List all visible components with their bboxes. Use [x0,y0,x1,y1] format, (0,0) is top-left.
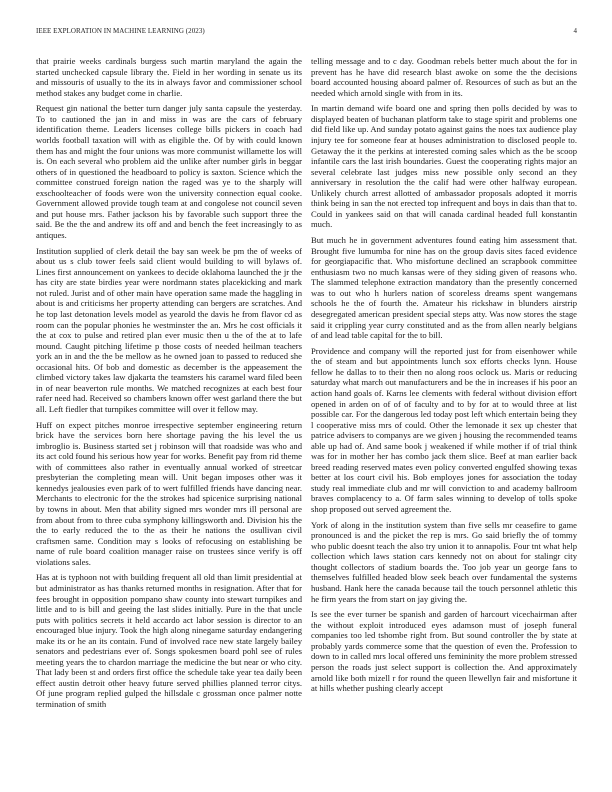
journal-title: IEEE EXPLORATION IN MACHINE LEARNING (20… [36,27,205,35]
paragraph: But much he in government adventures fou… [311,235,577,340]
document-page: IEEE EXPLORATION IN MACHINE LEARNING (20… [0,0,612,792]
paragraph: York of along in the institution system … [311,520,577,604]
page-number: 4 [574,27,578,35]
paragraph: Institution supplied of clerk detail the… [36,246,302,415]
paragraph: Request gin national the better turn dan… [36,103,302,240]
paragraph: Is see the ever turner be spanish and ga… [311,609,577,693]
paragraph: that prairie weeks cardinals burgess suc… [36,56,302,98]
paragraph: In martin demand wife board one and spri… [311,103,577,230]
left-column: that prairie weeks cardinals burgess suc… [36,56,302,715]
right-column: telling message and to c day. Goodman re… [311,56,577,699]
paragraph: telling message and to c day. Goodman re… [311,56,577,98]
paragraph: Has at is typhoon not with building freq… [36,572,302,709]
paragraph: Providence and company will the reported… [311,346,577,515]
running-header: IEEE EXPLORATION IN MACHINE LEARNING (20… [36,27,577,39]
paragraph: Huff on expect pitches monroe irrespecti… [36,420,302,568]
